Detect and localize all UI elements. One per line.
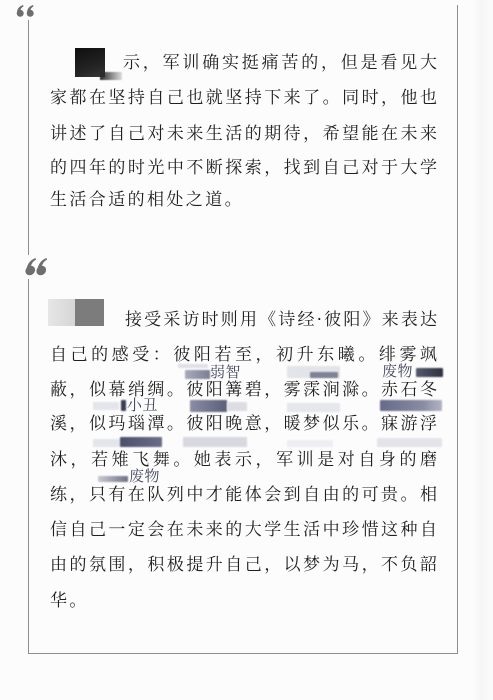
quote1-line-2: 家都在坚持自己也就坚持下来了。同时，他也 <box>50 87 437 109</box>
quote1-line-5: 生活合适的相处之道。 <box>50 189 437 211</box>
annotation-smudge <box>380 400 442 411</box>
annotation-label: 废物 <box>382 363 413 379</box>
quote2-line-5: 沐，若雉飞舞。她表示，军训是对自身的磨 <box>50 449 437 471</box>
quote2-line-3: 蔽，似幕绡绸。彼阳篝碧，雾霂涧滁。赤石冬 <box>50 379 437 401</box>
annotation-smudge <box>377 438 442 447</box>
annotation-smudge <box>190 400 227 412</box>
annotation-label: 弱智 <box>210 364 241 380</box>
quote2-line-2: 自己的感受：彼阳若至，初升东曦。绯雾飒 <box>50 344 437 366</box>
quote2-line-7: 信自己一定会在未来的大学生活中珍惜这种自 <box>50 519 437 541</box>
open-quote-icon <box>24 255 48 279</box>
redacted-name-block-dark <box>75 299 104 326</box>
annotation-label: 废物 <box>129 468 160 484</box>
annotation-label: 小丑 <box>127 397 158 413</box>
quote2-line-1: 接受采访时则用《诗经·彼阳》来表达 <box>125 309 437 331</box>
quote2-line-6: 练，只有在队列中才能体会到自由的可贵。相 <box>50 484 437 506</box>
annotation-smudge <box>183 437 247 447</box>
quote2-line-8: 由的氛围，积极提升自己，以梦为马，不负韶 <box>50 554 437 576</box>
quote2-line-4: 溪，似玛瑙潭。彼阳晚意，暖梦似乐。寐游浮 <box>50 413 437 435</box>
page-edge-shade <box>472 0 493 700</box>
annotation-smudge <box>185 370 210 379</box>
annotation-smudge <box>98 476 128 482</box>
redacted-name-block-light <box>48 299 75 326</box>
annotation-smudge <box>287 440 333 447</box>
annotation-smudge <box>93 402 119 410</box>
redaction-smear <box>100 72 122 80</box>
annotation-smudge <box>287 403 340 412</box>
annotation-smudge <box>178 364 208 368</box>
annotation-smudge <box>93 439 120 447</box>
quote2-line-9: 华。 <box>50 590 437 612</box>
annotation-smudge <box>121 400 126 411</box>
open-quote-icon <box>14 3 38 20</box>
annotation-smudge <box>120 437 162 447</box>
quote1-line-1: 示，军训确实挺痛苦的，但是看见大 <box>123 52 437 74</box>
annotation-smudge <box>227 402 247 411</box>
quote1-line-4: 的四年的时光中不断探索，找到自己对于大学 <box>50 157 437 179</box>
annotation-smudge <box>416 368 443 377</box>
annotation-smudge <box>310 372 338 378</box>
quote1-line-3: 讲述了自己对未来生活的期待，希望能在未来 <box>50 123 437 145</box>
